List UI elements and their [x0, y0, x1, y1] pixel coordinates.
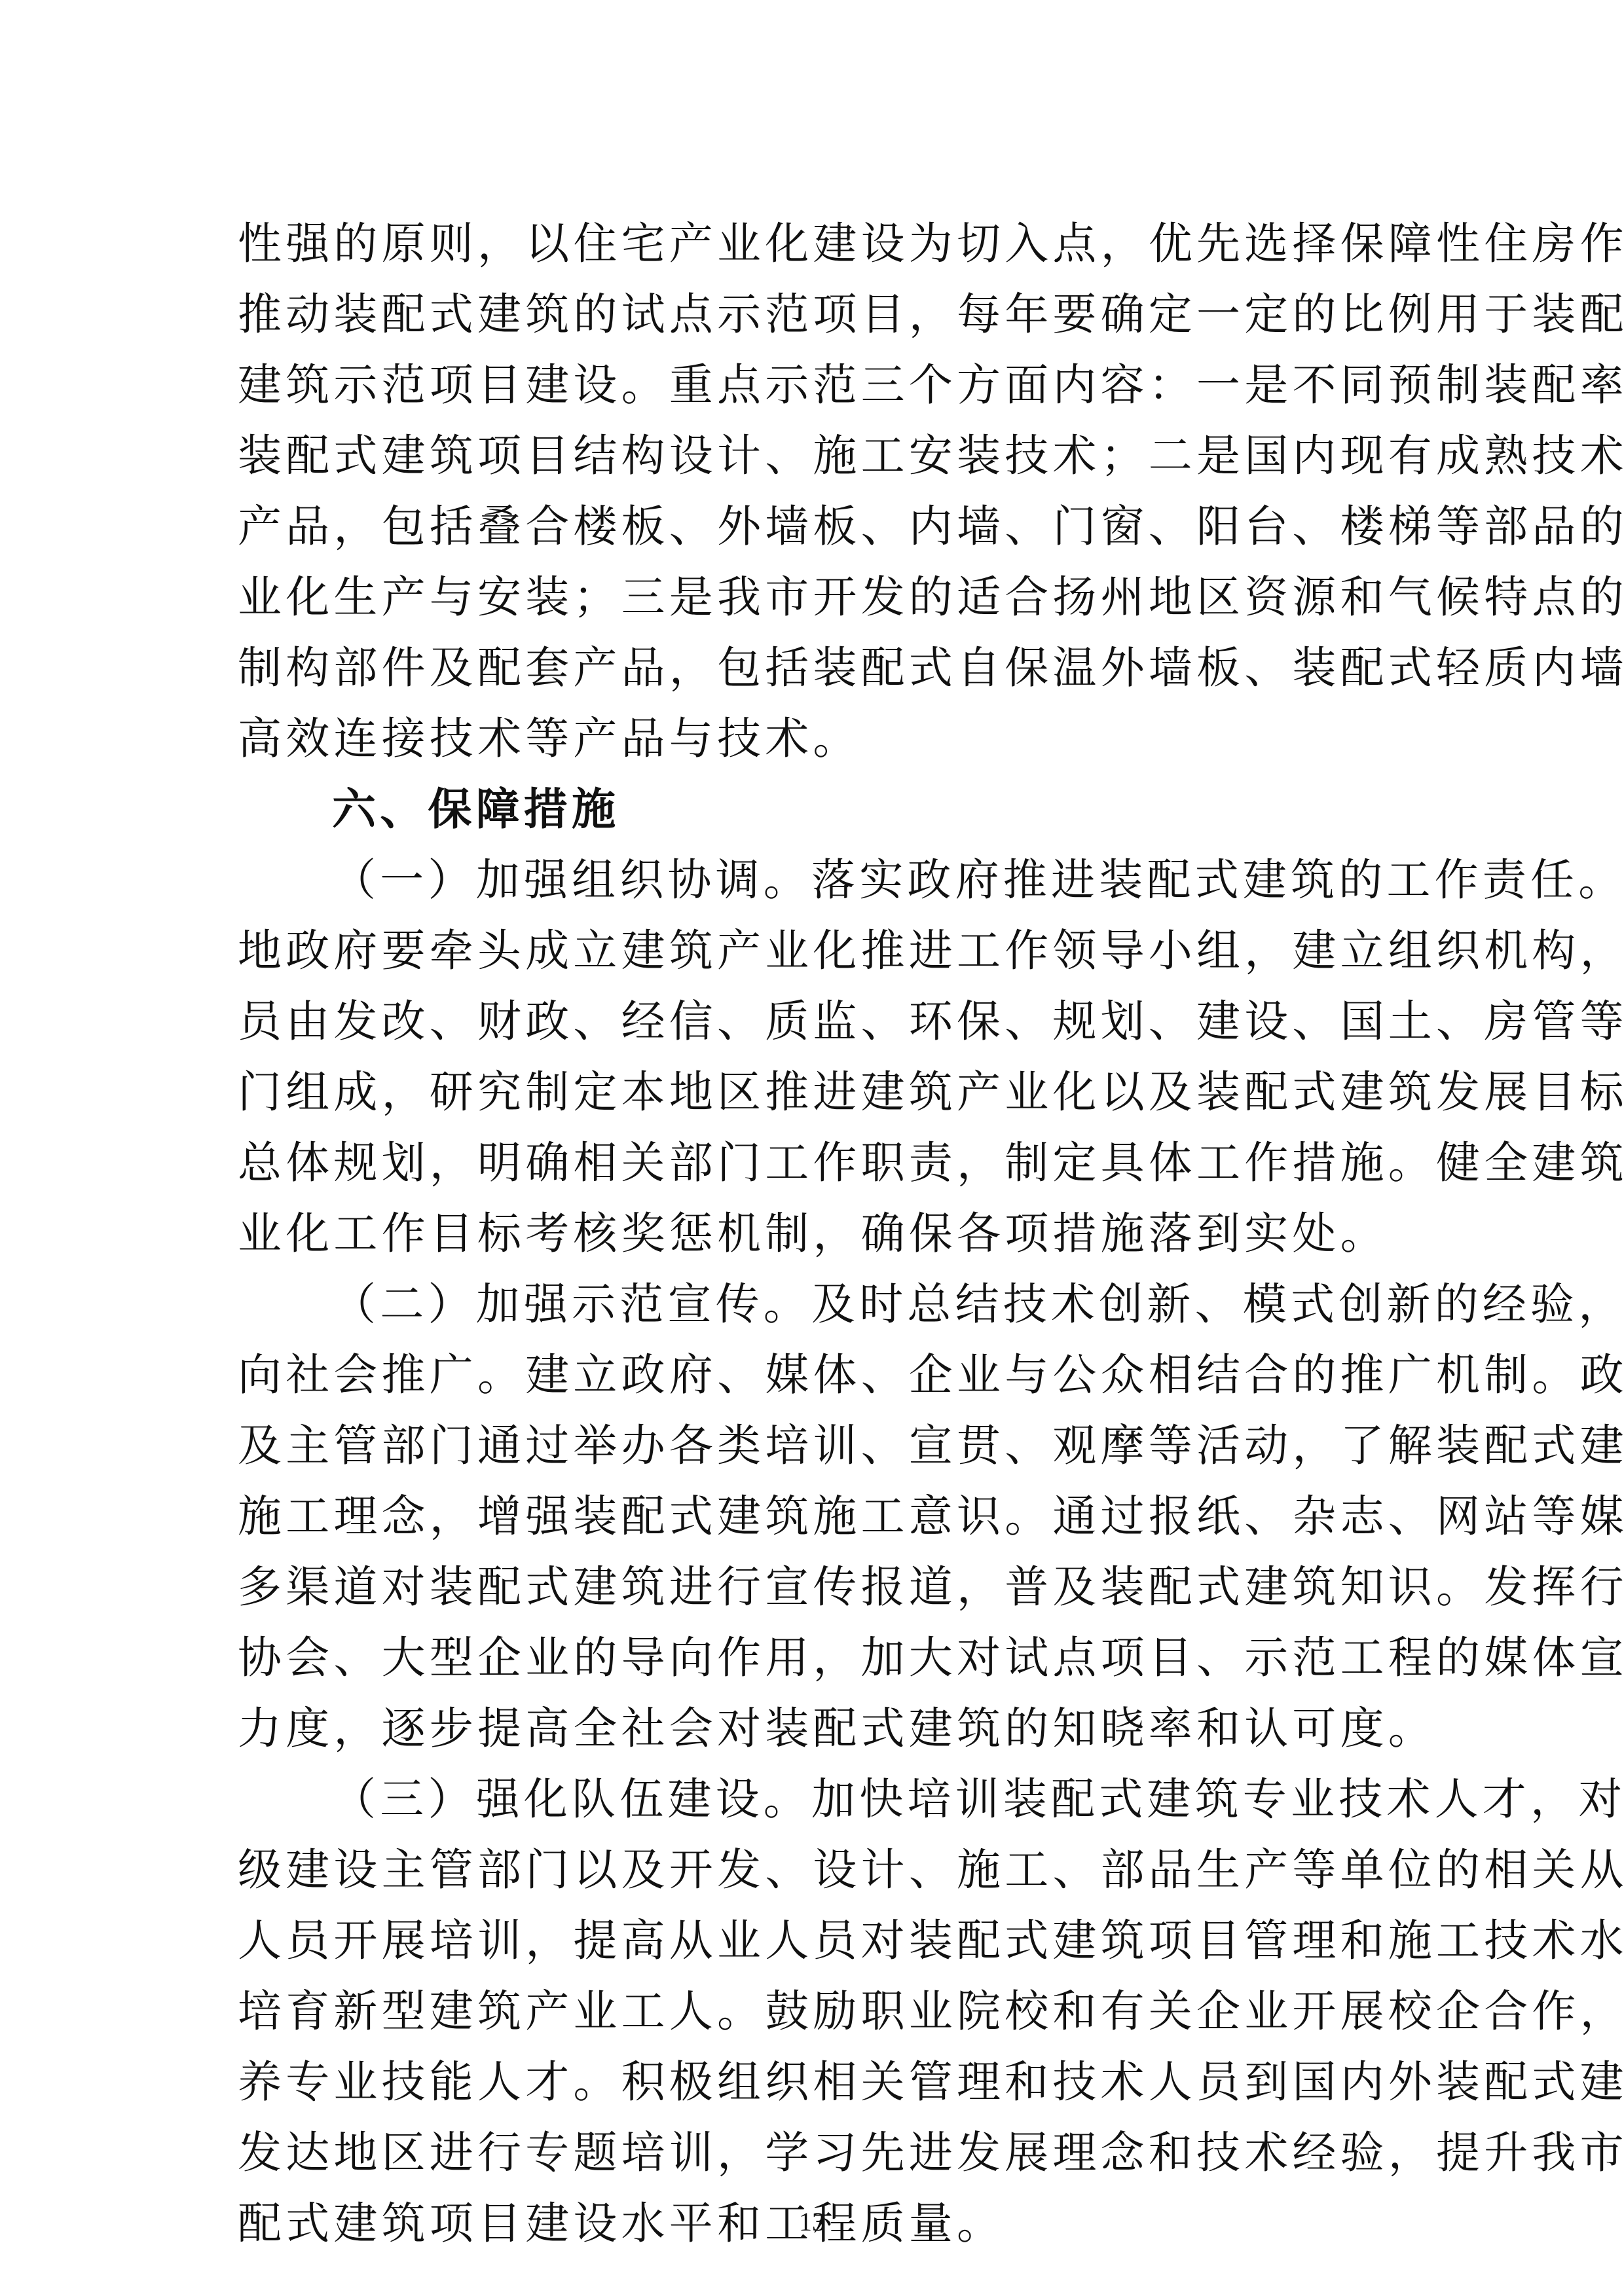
text-line: 制构部件及配套产品，包括装配式自保温外墙板、装配式轻质内墙板、 [238, 632, 1390, 703]
text-line: 推动装配式建筑的试点示范项目，每年要确定一定的比例用于装配式 [238, 279, 1390, 350]
text-line: （一）加强组织协调。落实政府推进装配式建筑的工作责任。各 [238, 845, 1390, 915]
text-line: 装配式建筑项目结构设计、施工安装技术；二是国内现有成熟技术与 [238, 420, 1390, 491]
text-line: （二）加强示范宣传。及时总结技术创新、模式创新的经验，面 [238, 1269, 1390, 1339]
text-line: 性强的原则，以住宅产业化建设为切入点，优先选择保障性住房作为 [238, 208, 1390, 279]
text-line: 门组成，研究制定本地区推进建筑产业化以及装配式建筑发展目标和 [238, 1057, 1390, 1127]
text-line: 多渠道对装配式建筑进行宣传报道，普及装配式建筑知识。发挥行业 [238, 1552, 1390, 1622]
text-line: （三）强化队伍建设。加快培训装配式建筑专业技术人才，对各 [238, 1764, 1390, 1834]
text-line: 总体规划，明确相关部门工作职责，制定具体工作措施。健全建筑产 [238, 1127, 1390, 1198]
text-line: 协会、大型企业的导向作用，加大对试点项目、示范工程的媒体宣传 [238, 1622, 1390, 1693]
text-line: 业化生产与安装；三是我市开发的适合扬州地区资源和气候特点的预 [238, 562, 1390, 632]
text-line: 地政府要牵头成立建筑产业化推进工作领导小组，建立组织机构，成 [238, 915, 1390, 986]
text-line: 养专业技能人才。积极组织相关管理和技术人员到国内外装配式建筑 [238, 2047, 1390, 2117]
text-line: 施工理念，增强装配式建筑施工意识。通过报纸、杂志、网站等媒体 [238, 1481, 1390, 1552]
text-line: 力度，逐步提高全社会对装配式建筑的知晓率和认可度。 [238, 1693, 1390, 1764]
subsection-organization-coordination: （一）加强组织协调。落实政府推进装配式建筑的工作责任。各 地政府要牵头成立建筑产… [238, 845, 1390, 1269]
text-line: 培育新型建筑产业工人。鼓励职业院校和有关企业开展校企合作，培 [238, 1976, 1390, 2047]
text-line: 级建设主管部门以及开发、设计、施工、部品生产等单位的相关从业 [238, 1834, 1390, 1905]
page-number: 13 [0, 2206, 1624, 2237]
text-line: 员由发改、财政、经信、质监、环保、规划、建设、国土、房管等部 [238, 986, 1390, 1057]
text-line: 高效连接技术等产品与技术。 [238, 703, 1390, 774]
subsection-team-building: （三）强化队伍建设。加快培训装配式建筑专业技术人才，对各 级建设主管部门以及开发… [238, 1764, 1390, 2259]
text-line: 向社会推广。建立政府、媒体、企业与公众相结合的推广机制。政府 [238, 1339, 1390, 1410]
subsection-demonstration-publicity: （二）加强示范宣传。及时总结技术创新、模式创新的经验，面 向社会推广。建立政府、… [238, 1269, 1390, 1764]
document-body: 性强的原则，以住宅产业化建设为切入点，优先选择保障性住房作为 推动装配式建筑的试… [238, 208, 1390, 2259]
paragraph-continuation: 性强的原则，以住宅产业化建设为切入点，优先选择保障性住房作为 推动装配式建筑的试… [238, 208, 1390, 774]
text-line: 业化工作目标考核奖惩机制，确保各项措施落到实处。 [238, 1198, 1390, 1269]
text-line: 产品，包括叠合楼板、外墙板、内墙、门窗、阳台、楼梯等部品的工 [238, 491, 1390, 562]
section-heading: 六、保障措施 [238, 774, 1390, 845]
text-line: 人员开展培训，提高从业人员对装配式建筑项目管理和施工技术水平， [238, 1905, 1390, 1976]
document-page: 性强的原则，以住宅产业化建设为切入点，优先选择保障性住房作为 推动装配式建筑的试… [0, 0, 1624, 2296]
text-line: 建筑示范项目建设。重点示范三个方面内容：一是不同预制装配率的 [238, 350, 1390, 420]
text-line: 发达地区进行专题培训，学习先进发展理念和技术经验，提升我市装 [238, 2117, 1390, 2188]
text-line: 及主管部门通过举办各类培训、宣贯、观摩等活动，了解装配式建筑 [238, 1410, 1390, 1481]
